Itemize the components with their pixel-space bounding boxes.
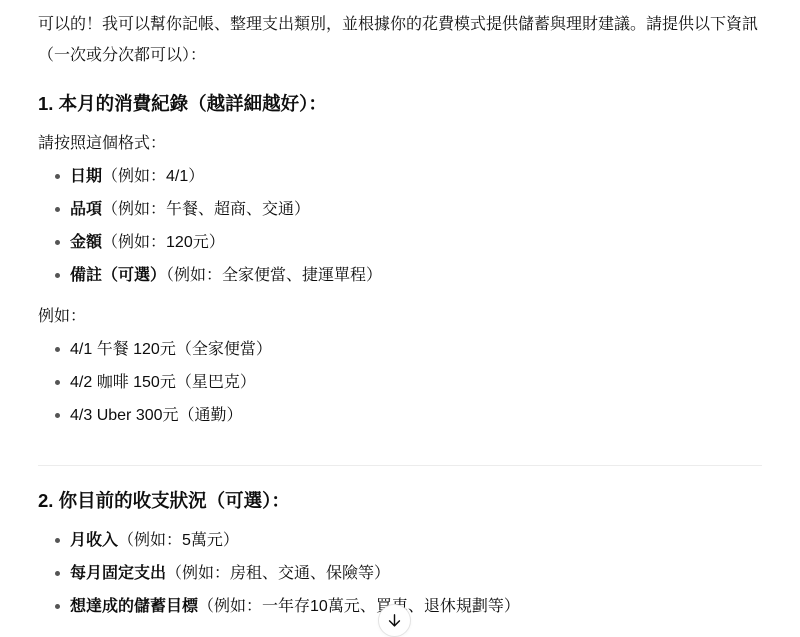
item-desc: （例如：全家便當、捷運單程） (166, 267, 382, 284)
list-item: 4/2 咖啡 150元（星巴克） (55, 367, 762, 398)
item-term: 月收入 (70, 532, 118, 549)
section-2-heading: 2. 你目前的收支狀況（可選）： (38, 487, 762, 514)
item-desc: （例如：午餐、超商、交通） (102, 201, 310, 218)
scroll-to-bottom-button[interactable] (378, 604, 411, 632)
list-item: 備註（可選）（例如：全家便當、捷運單程） (55, 260, 762, 291)
example-list: 4/1 午餐 120元（全家便當） 4/2 咖啡 150元（星巴克） 4/3 U… (38, 334, 762, 431)
format-list: 日期（例如：4/1） 品項（例如：午餐、超商、交通） 金額（例如：120元） 備… (38, 161, 762, 291)
item-term: 品項 (70, 201, 102, 218)
section-1-heading: 1. 本月的消費紀錄（越詳細越好）： (38, 90, 762, 117)
item-term: 日期 (70, 168, 102, 185)
arrow-down-icon (386, 612, 403, 629)
assistant-message: 可以的！我可以幫你記帳、整理支出類別，並根據你的花費模式提供儲蓄與理財建議。請提… (0, 0, 800, 622)
list-item: 金額（例如：120元） (55, 227, 762, 258)
item-desc: （例如：5萬元） (118, 532, 239, 549)
list-item: 月收入（例如：5萬元） (55, 525, 762, 556)
section-divider (38, 465, 762, 466)
item-desc: （例如：120元） (102, 234, 225, 251)
list-item: 品項（例如：午餐、超商、交通） (55, 194, 762, 225)
chat-page: { "message": { "intro": "可以的！我可以幫你記帳、整理支… (0, 0, 800, 632)
format-label: 請按照這個格式： (38, 128, 762, 159)
item-desc: （例如：房租、交通、保險等） (166, 565, 390, 582)
item-term: 每月固定支出 (70, 565, 166, 582)
list-item: 每月固定支出（例如：房租、交通、保險等） (55, 558, 762, 589)
item-desc: （例如：4/1） (102, 168, 204, 185)
list-item: 日期（例如：4/1） (55, 161, 762, 192)
item-term: 金額 (70, 234, 102, 251)
example-label: 例如： (38, 301, 762, 332)
item-desc: （例如：一年存10萬元、買車、退休規劃等） (198, 598, 520, 615)
list-item: 4/1 午餐 120元（全家便當） (55, 334, 762, 365)
list-item: 4/3 Uber 300元（通勤） (55, 400, 762, 431)
item-term: 備註（可選） (70, 267, 166, 284)
intro-paragraph: 可以的！我可以幫你記帳、整理支出類別，並根據你的花費模式提供儲蓄與理財建議。請提… (38, 9, 762, 71)
item-term: 想達成的儲蓄目標 (70, 598, 198, 615)
